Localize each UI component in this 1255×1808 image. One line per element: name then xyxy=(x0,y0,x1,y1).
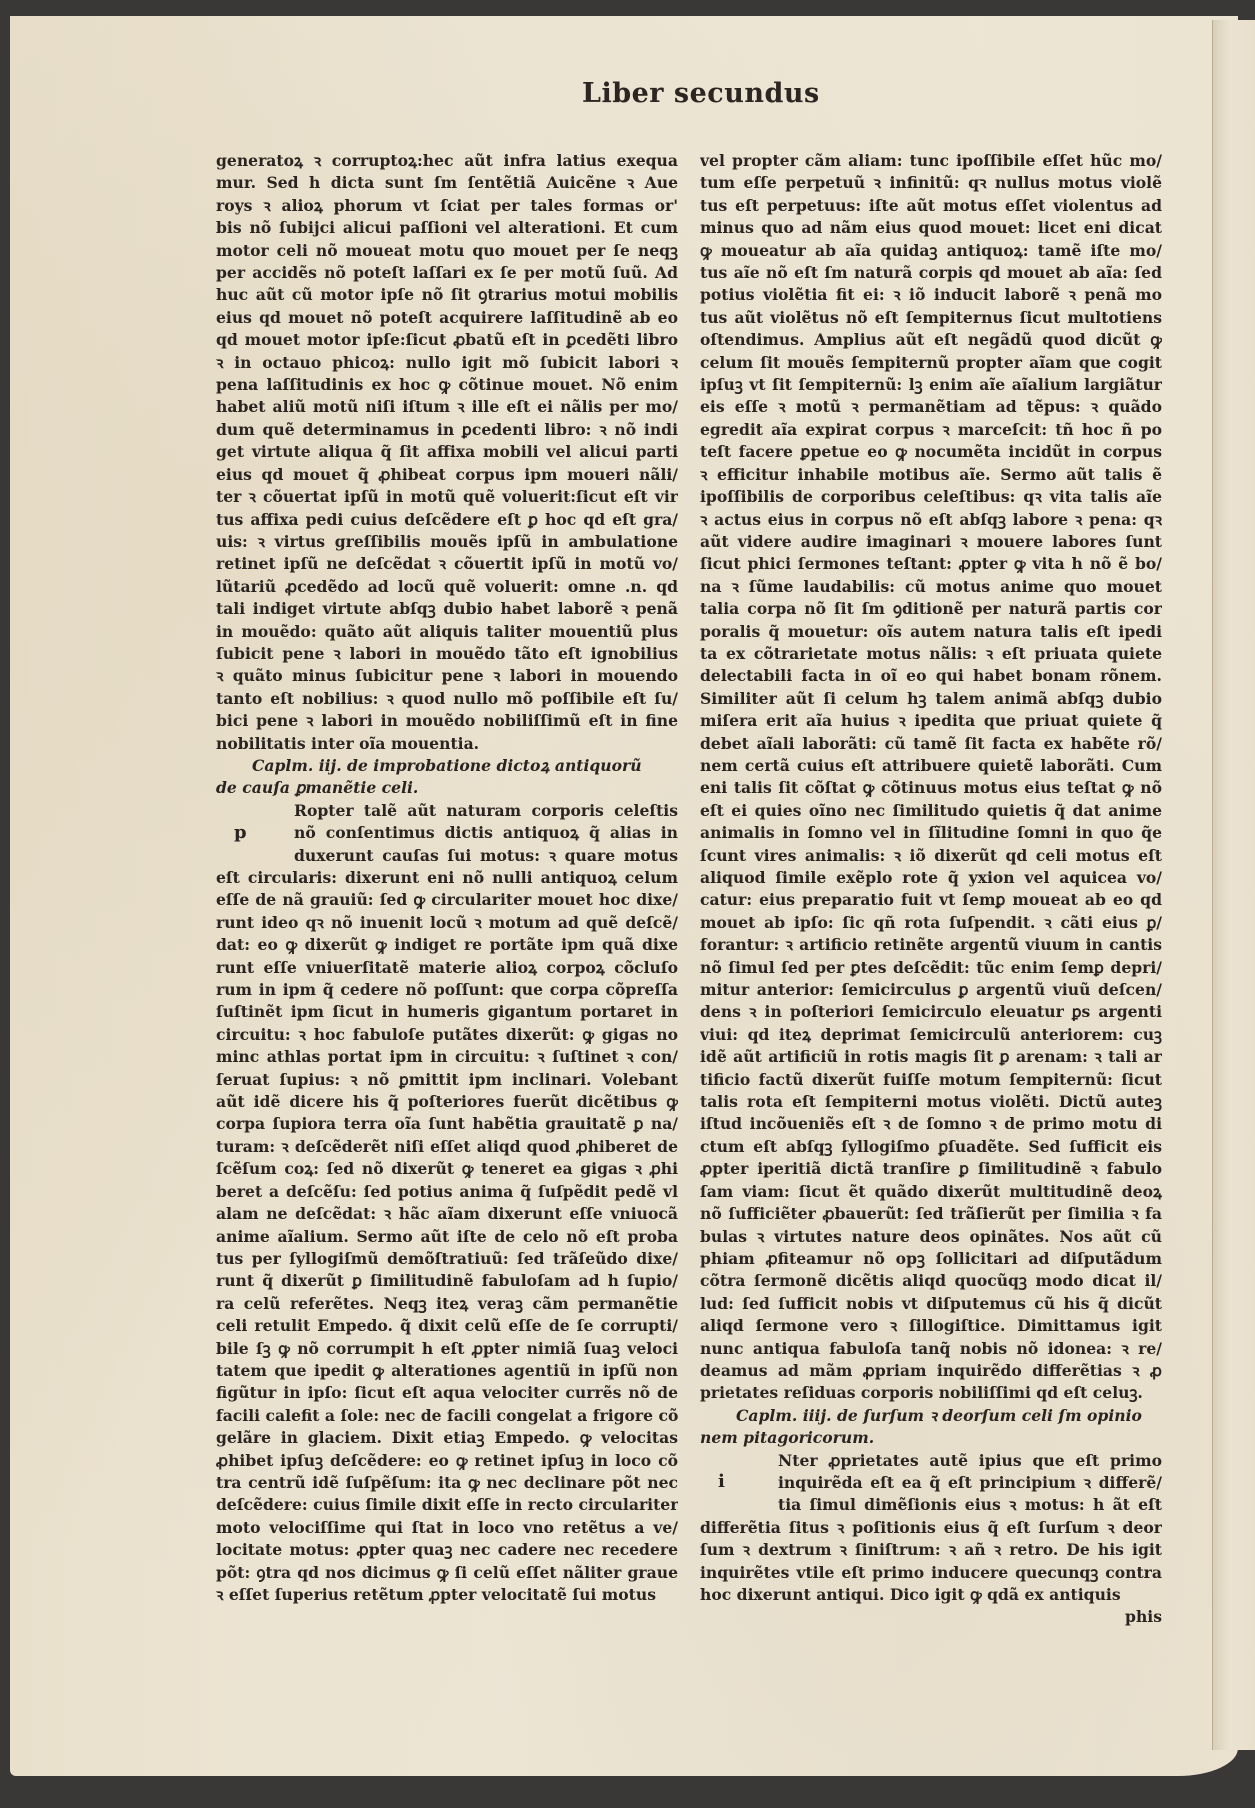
text-line: runt ideo qꝛ nõ inuenit locũ ꝛ motum ad … xyxy=(216,912,678,934)
text-line: eſt ei quies oĩno nec ſimilitudo quietis… xyxy=(700,800,1162,822)
text-line: get virtute aliqua q̃ ſit affixa mobili … xyxy=(216,441,678,463)
text-line: tus per ſyllogiſmũ demõſtratiuũ: ſed trã… xyxy=(216,1248,678,1270)
text-line: delectabili facta in oĩ eo qui habet bon… xyxy=(700,665,1162,687)
text-line: roys ꝛ alioꝝ phorum vt ſciat per tales f… xyxy=(216,195,678,217)
text-line: ꝓpter iperitiã dictã tranſire ꝑ ſimilitu… xyxy=(700,1158,1162,1180)
text-line: rum in ipm q̃ cedere nõ poſſunt: que cor… xyxy=(216,979,678,1001)
text-line: ſeruat ſupius: ꝛ nõ ꝑmittit ipm inclinar… xyxy=(216,1069,678,1091)
text-line: animalis in ſomno vel in ſĩlitudine ſomn… xyxy=(700,822,1162,844)
text-line: egredit aĩa expirat corpus ꝛ marceſcit: … xyxy=(700,419,1162,441)
text-line: deamus ad mãm ꝓpriam inquirẽdo differẽti… xyxy=(700,1360,1162,1382)
text-line: turam: ꝛ deſcẽderẽt niſi eſſet aliqd quo… xyxy=(216,1136,678,1158)
text-line: mouet ab ipſo: ſic qñ rota ſuſpendit. ꝛ … xyxy=(700,912,1162,934)
text-line: potius violẽtia fit ei: ꝛ iõ inducit lab… xyxy=(700,284,1162,306)
text-line: eius qd mouet nõ poteſt acquirere laſſit… xyxy=(216,307,678,329)
text-line: beret a deſcẽſu: ſed potius anima q̃ ſuſ… xyxy=(216,1181,678,1203)
text-line: retinet ipſũ ne deſcẽdat ꝛ cõuertit ipſũ… xyxy=(216,553,678,575)
text-line: duxerunt cauſas ſui motus: ꝛ quare motus xyxy=(216,845,678,867)
text-line: bis nõ ſubijci alicui paſſioni vel alter… xyxy=(216,217,678,239)
text-line: facili calefit a ſole: nec de facili con… xyxy=(216,1405,678,1427)
text-line: inquirẽtes vtile eſt primo inducere quec… xyxy=(700,1562,1162,1584)
text-line: phiam ꝓfiteamur nõ opꝫ ſollicitari ad di… xyxy=(700,1248,1162,1270)
text-line: runt eſſe vniuerſitatẽ materie alioꝝ cor… xyxy=(216,957,678,979)
text-line: dens ꝛ in poſteriori ſemicirculo eleuatu… xyxy=(700,1001,1162,1023)
text-line: Ropter talẽ aũt naturam corporis celeſti… xyxy=(216,800,678,822)
text-line: ſuſtinẽt ipm ſicut in humeris gigantum p… xyxy=(216,1001,678,1023)
text-line: ſum ꝛ dextrum ꝛ ſiniſtrum: ꝛ añ ꝛ retro.… xyxy=(700,1539,1162,1561)
text-line: in mouẽdo: quãto aũt aliquis taliter mou… xyxy=(216,621,678,643)
text-line: ſcẽſum coꝝ: ſed nõ dixerũt ꝙ teneret ea … xyxy=(216,1158,678,1180)
text-line: eſſe de nã grauiũ: ſed ꝙ circulariter mo… xyxy=(216,889,678,911)
text-line: ta ex cõtrarietate motus nãlis: ꝛ eſt pr… xyxy=(700,643,1162,665)
text-line: alam ne deſcẽdat: ꝛ hãc aĩam dixerunt eſ… xyxy=(216,1203,678,1225)
chapter-heading: Caplm. iij. de improbatione dictoꝝ antiq… xyxy=(216,755,678,777)
text-line: bici pene ꝛ labori in mouẽdo nobiliſſimũ… xyxy=(216,710,678,732)
text-line: differẽtia ſitus ꝛ poſitionis eius q̃ eſ… xyxy=(700,1517,1162,1539)
right-text-column: vel propter cãm aliam: tunc ipoſſibile e… xyxy=(700,150,1162,1629)
text-line: Nter ꝓprietates autẽ ipius que eſt primo xyxy=(700,1450,1162,1472)
text-line: dum quẽ determinamus in ꝑcedenti libro: … xyxy=(216,419,678,441)
text-line: motor celi nõ moueat motu quo mouet per … xyxy=(216,240,678,262)
text-line: tali indiget virtute abſqꝫ dubio habet l… xyxy=(216,598,678,620)
text-line: tus eſt perpetuus: iſte aũt motus eſſet … xyxy=(700,195,1162,217)
text-line: ꝛ actus eius in corpus nõ eſt abſqꝫ labo… xyxy=(700,509,1162,531)
running-head: Liber secundus xyxy=(582,78,820,109)
text-line: gelãre in glaciem. Dixit etiaꝫ Empedo. ꝙ… xyxy=(216,1427,678,1449)
text-line: habet aliũ motũ niſi iſtum ꝛ ille eſt ei… xyxy=(216,396,678,418)
text-line: na ꝛ ſũme laudabilis: cũ motus anime quo… xyxy=(700,576,1162,598)
text-line: qd mouet motor ipſe:ſicut ꝓbatũ eſt in ꝑ… xyxy=(216,329,678,351)
text-line: locitate motus: ꝓpter quaꝫ nec cadere ne… xyxy=(216,1539,678,1561)
text-line: figũtur in ipſo: ſicut eſt aqua velocite… xyxy=(216,1382,678,1404)
text-line: idẽ aũt artificiũ in rotis magis ſit ꝑ a… xyxy=(700,1046,1162,1068)
text-line: vel propter cãm aliam: tunc ipoſſibile e… xyxy=(700,150,1162,172)
text-line: tra centrũ idẽ ſuſpẽſum: ita ꝙ nec decli… xyxy=(216,1472,678,1494)
text-line: bulas ꝛ virtutes nature deos opinãtes. N… xyxy=(700,1226,1162,1248)
text-line: eſt circularis: dixerunt eni nõ nulli an… xyxy=(216,867,678,889)
text-line: viui: qd iteꝝ deprimat ſemicirculũ anter… xyxy=(700,1024,1162,1046)
text-line: iſtud incõueniẽs eſt ꝛ de ſomno ꝛ de pri… xyxy=(700,1113,1162,1135)
text-line: minc athlas portat ipm in circuitu: ꝛ ſu… xyxy=(216,1046,678,1068)
text-line: runt q̃ dixerũt ꝑ ſimilitudinẽ fabuloſam… xyxy=(216,1270,678,1292)
text-line: nunc antiqua fabuloſa tanq̃ nobis nõ ido… xyxy=(700,1338,1162,1360)
left-text-column: generatoꝝ ꝛ corruptoꝝ:hec aũt infra lati… xyxy=(216,150,678,1606)
text-line: tanto eſt nobilius: ꝛ quod nullo mõ poſſ… xyxy=(216,688,678,710)
text-line: tatem que ipedit ꝙ alterationes agentiũ … xyxy=(216,1360,678,1382)
text-line: bile ſꝫ ꝙ nõ corrumpit h eſt ꝓpter nimiã… xyxy=(216,1338,678,1360)
facing-page-edge xyxy=(1212,20,1255,1750)
text-line: ꝙ moueatur ab aĩa quidaꝫ antiquoꝝ: tamẽ … xyxy=(700,240,1162,262)
text-line: ctum eſt abſqꝫ ſyllogiſmo ꝑſuadẽte. Sed … xyxy=(700,1136,1162,1158)
text-line: nõ ſimul ſed per ꝑtes deſcẽdit: tũc enim… xyxy=(700,957,1162,979)
text-line: dat: eo ꝙ dixerũt ꝙ indiget re portãte i… xyxy=(216,934,678,956)
guide-letter: i xyxy=(718,1471,725,1493)
text-line: per accidẽs nõ poteſt laſſari ex ſe per … xyxy=(216,262,678,284)
text-line: teſt facere ꝑpetue eo ꝙ nocumẽta incidũt… xyxy=(700,441,1162,463)
text-line: ꝛ efficitur inhabile motibus aĩe. Sermo … xyxy=(700,464,1162,486)
text-line: ſam viam: ſicut ẽt quãdo dixerũt multitu… xyxy=(700,1181,1162,1203)
text-line: aliquod ſimile exẽplo rote q̃ yxion vel … xyxy=(700,867,1162,889)
text-line: cõtra ſermonẽ dicẽtis aliqd quocũqꝫ modo… xyxy=(700,1270,1162,1292)
text-line: mitur anterior: ſemicirculus ꝑ argentũ v… xyxy=(700,979,1162,1001)
text-line: ipſuꝫ vt ſit ſempiternũ: lꝫ enim aĩe aĩa… xyxy=(700,374,1162,396)
text-line: eis eſſe ꝛ motũ ꝛ permanẽtiam ad tẽpus: … xyxy=(700,396,1162,418)
text-line: pena laſſitudinis ex hoc ꝙ cõtinue mouet… xyxy=(216,374,678,396)
text-line: debet aĩali laborãti: cũ tamẽ ſit facta … xyxy=(700,733,1162,755)
text-line: ipoſſibilis de corporibus celeſtibus: qꝛ… xyxy=(700,486,1162,508)
text-line: nõ conſentimus dictis antiquoꝝ q̃ alias … xyxy=(216,822,678,844)
text-line: uis: ꝛ virtus greſſibilis mouẽs ipſũ in … xyxy=(216,531,678,553)
text-line: ſcunt vires animalis: ꝛ iõ dixerũt qd ce… xyxy=(700,845,1162,867)
text-line: nem certã cuius eſt attribuere quietẽ la… xyxy=(700,755,1162,777)
text-line: tum eſſe perpetuũ ꝛ infinitũ: qꝛ nullus … xyxy=(700,172,1162,194)
chapter-heading: Caplm. iiij. de ſurſum ꝛ deorſum celi ſm… xyxy=(700,1405,1162,1427)
catchword: phis xyxy=(700,1606,1162,1628)
text-line: nõ ſufficiẽter ꝓbauerũt: ſed trãſierũt p… xyxy=(700,1203,1162,1225)
text-line: miſera erit aĩa huius ꝛ ipedita que priu… xyxy=(700,710,1162,732)
text-line: deſcẽdere: cuius ſimile dixit eſſe in re… xyxy=(216,1494,678,1516)
text-line: tus aĩe nõ eſt ſm naturã corpis qd mouet… xyxy=(700,262,1162,284)
chapter-heading: nem pitagoricorum. xyxy=(700,1427,1162,1449)
text-line: talis rota eſt ſempiterni motus violẽti.… xyxy=(700,1091,1162,1113)
text-line: inquirẽda eſt ea q̃ eſt principium ꝛ dif… xyxy=(700,1472,1162,1494)
text-line: tus aũt violẽtus nõ eſt ſempiternus ſicu… xyxy=(700,307,1162,329)
chapter-heading: de cauſa ꝑmanẽtie celi. xyxy=(216,777,678,799)
text-line: aliqd ſermone vero ꝛ ſillogiſtice. Dimit… xyxy=(700,1315,1162,1337)
text-line: anime aĩalium. Sermo aũt iſte de celo nõ… xyxy=(216,1226,678,1248)
text-line: aũt idẽ dicere his q̃ poſteriores fuerũt… xyxy=(216,1091,678,1113)
text-line: Similiter aũt ſi celum hꝫ talem animã ab… xyxy=(700,688,1162,710)
text-line: lũtariũ ꝓcedẽdo ad locũ quẽ voluerit: om… xyxy=(216,576,678,598)
text-line: huc aũt cũ motor ipſe nõ ſit ꝯtrarius mo… xyxy=(216,284,678,306)
text-line: tificio factũ dixerũt fuiſſe motum ſempi… xyxy=(700,1069,1162,1091)
text-line: ꝓhibet ipſuꝫ deſcẽdere: eo ꝙ retinet ipſ… xyxy=(216,1450,678,1472)
guide-letter: p xyxy=(234,822,247,844)
text-line: talia corpa nõ ſit ſm ꝯditionẽ per natur… xyxy=(700,598,1162,620)
text-line: poralis q̃ mouetur: oĩs autem natura tal… xyxy=(700,621,1162,643)
text-line: eius qd mouet q̃ ꝓhibeat corpus ipm moue… xyxy=(216,464,678,486)
text-line: ꝛ in octauo phicoꝝ: nullo igit mõ ſubici… xyxy=(216,352,678,374)
text-line: nobilitatis inter oĩa mouentia. xyxy=(216,733,678,755)
text-line: celum ſit mouẽs ſempiternũ propter aĩam … xyxy=(700,352,1162,374)
text-line: circuitu: ꝛ hoc fabuloſe putãtes dixerũt… xyxy=(216,1024,678,1046)
text-line: ꝛ quãto minus ſubicitur pene ꝛ labori in… xyxy=(216,665,678,687)
text-line: aũt videre audire imaginari ꝛ mouere lab… xyxy=(700,531,1162,553)
text-line: forantur: ꝛ artificio retinẽte argentũ v… xyxy=(700,934,1162,956)
text-line: corpa ſupiora terra oĩa ſunt habẽtia gra… xyxy=(216,1113,678,1135)
text-line: prietates reſiduas corporis nobiliſſimi … xyxy=(700,1382,1162,1404)
text-line: eni talis ſit cõſtat ꝙ cõtinuus motus ei… xyxy=(700,777,1162,799)
text-line: catur: eius preparatio fuit vt ſemꝑ moue… xyxy=(700,889,1162,911)
text-line: põt: ꝯtra qd nos dicimus ꝙ ſi celũ eſſet… xyxy=(216,1562,678,1584)
text-line: moto velociſſime qui ſtat in loco vno re… xyxy=(216,1517,678,1539)
text-line: hoc dixerunt antiqui. Dico igit ꝙ qdã ex… xyxy=(700,1584,1162,1606)
text-line: tus affixa pedi cuius deſcẽdere eſt ꝑ ho… xyxy=(216,509,678,531)
text-line: ꝛ eſſet ſuperius retẽtum ꝓpter velocitat… xyxy=(216,1584,678,1606)
text-line: ſubicit pene ꝛ labori in mouẽdo tãto eſt… xyxy=(216,643,678,665)
text-line: ra celũ referẽtes. Neqꝫ iteꝝ veraꝫ cãm p… xyxy=(216,1293,678,1315)
text-line: mur. Sed h dicta sunt ſm ſentẽtiã Auicẽn… xyxy=(216,172,678,194)
text-line: minus quo ad nãm eius quod mouet: licet … xyxy=(700,217,1162,239)
text-line: generatoꝝ ꝛ corruptoꝝ:hec aũt infra lati… xyxy=(216,150,678,172)
text-line: celi retulit Empedo. q̃ dixit celũ eſſe … xyxy=(216,1315,678,1337)
text-line: ſicut phici ſermones teſtant: ꝓpter ꝙ vi… xyxy=(700,553,1162,575)
text-line: tia ſimul dimẽſionis eius ꝛ motus: h ãt … xyxy=(700,1494,1162,1516)
text-line: oſtendimus. Amplius aũt eſt negãdũ quod … xyxy=(700,329,1162,351)
text-line: lud: ſed ſufficit nobis vt diſputemus cũ… xyxy=(700,1293,1162,1315)
text-line: ter ꝛ cõuertat ipſũ in motũ quẽ voluerit… xyxy=(216,486,678,508)
